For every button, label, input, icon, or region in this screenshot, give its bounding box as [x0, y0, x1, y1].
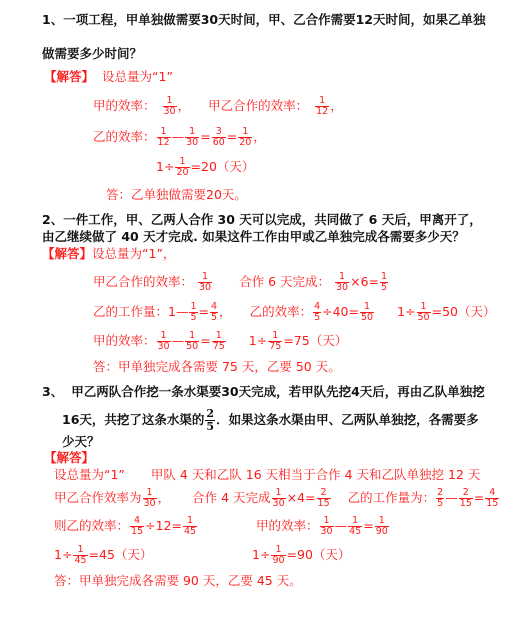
problem-2-answer-header: 【解答】设总量为“1”，	[42, 246, 175, 262]
problem-1-conclusion: 答：乙单独做需要20天。	[106, 187, 247, 203]
problem-3-step-yi-eff: 则乙的效率：415÷12=145	[54, 516, 198, 537]
problem-3-step-yi-days: 1÷145=45（天）	[54, 545, 152, 566]
setup-text: 设总量为“1”	[102, 69, 173, 84]
problem-3-step-jia-eff: 甲的效率：130—145=190	[256, 516, 390, 537]
problem-1-question-line1: 1、一项工程，甲单独做需要30天时间，甲、乙合作需要12天时间，如果乙单独	[42, 12, 486, 28]
problem-1-step-yi-efficiency: 乙的效率：112—130=360=120，	[93, 127, 266, 148]
problem-3-answer-tag: 【解答】	[44, 450, 94, 466]
setup-text: 设总量为“1”，	[92, 246, 175, 261]
problem-1-question-line2: 做需要多少时间？	[42, 46, 142, 62]
problem-3-setup-line: 设总量为“1”甲队 4 天和乙队 16 天相当于合作 4 天和乙队单独挖 12 …	[54, 467, 480, 483]
problem-3-step-jia-days: 1÷190=90（天）	[252, 545, 350, 566]
problem-3-question-line3: 少天？	[62, 434, 100, 450]
problem-3-conclusion: 答：甲单独完成各需要 90 天，乙要 45 天。	[54, 573, 302, 589]
problem-1-step-efficiencies: 甲的效率：130，甲乙合作的效率：112，	[93, 96, 343, 117]
fraction: 112	[315, 96, 329, 117]
answer-tag: 【解答】	[42, 246, 92, 261]
problem-3-question-line2: 16天，共挖了这条水渠的25．如果这条水渠由甲、乙两队单独挖，各需要多	[62, 408, 479, 433]
problem-3-step-joint: 甲乙合作效率为130，合作 4 天完成130×4=215乙的工作量为：25—21…	[54, 488, 500, 509]
fraction: 25	[205, 408, 215, 433]
problem-1-answer-header: 【解答】设总量为“1”	[44, 69, 173, 85]
problem-3-question-line1: 3、甲乙两队合作挖一条水渠要30天完成，若甲队先挖4天后，再由乙队单独挖	[42, 384, 485, 400]
answer-tag: 【解答】	[44, 69, 94, 84]
problem-2-step-jia: 甲的效率：130—150=1751÷175=75（天）	[93, 331, 347, 352]
problem-2-conclusion: 答：甲单独完成各需要 75 天，乙要 50 天。	[93, 359, 341, 375]
problem-2-step-joint: 甲乙合作的效率：130合作 6 天完成：130×6=15	[93, 272, 389, 293]
problem-2-question-line2: 由乙继续做了 40 天才完成. 如果这件工作由甲或乙单独完成各需要多少天？	[42, 229, 465, 245]
problem-1-step-days: 1÷120=20（天）	[156, 157, 254, 178]
fraction: 130	[163, 96, 177, 117]
problem-2-step-yi: 乙的工作量：1—15=45，乙的效率：45÷40=1501÷150=50（天）	[93, 302, 496, 323]
problem-1-number: 1、	[42, 12, 63, 27]
problem-2-question-line1: 2、一件工作，甲、乙两人合作 30 天可以完成，共同做了 6 天后，甲离开了，	[42, 212, 482, 228]
